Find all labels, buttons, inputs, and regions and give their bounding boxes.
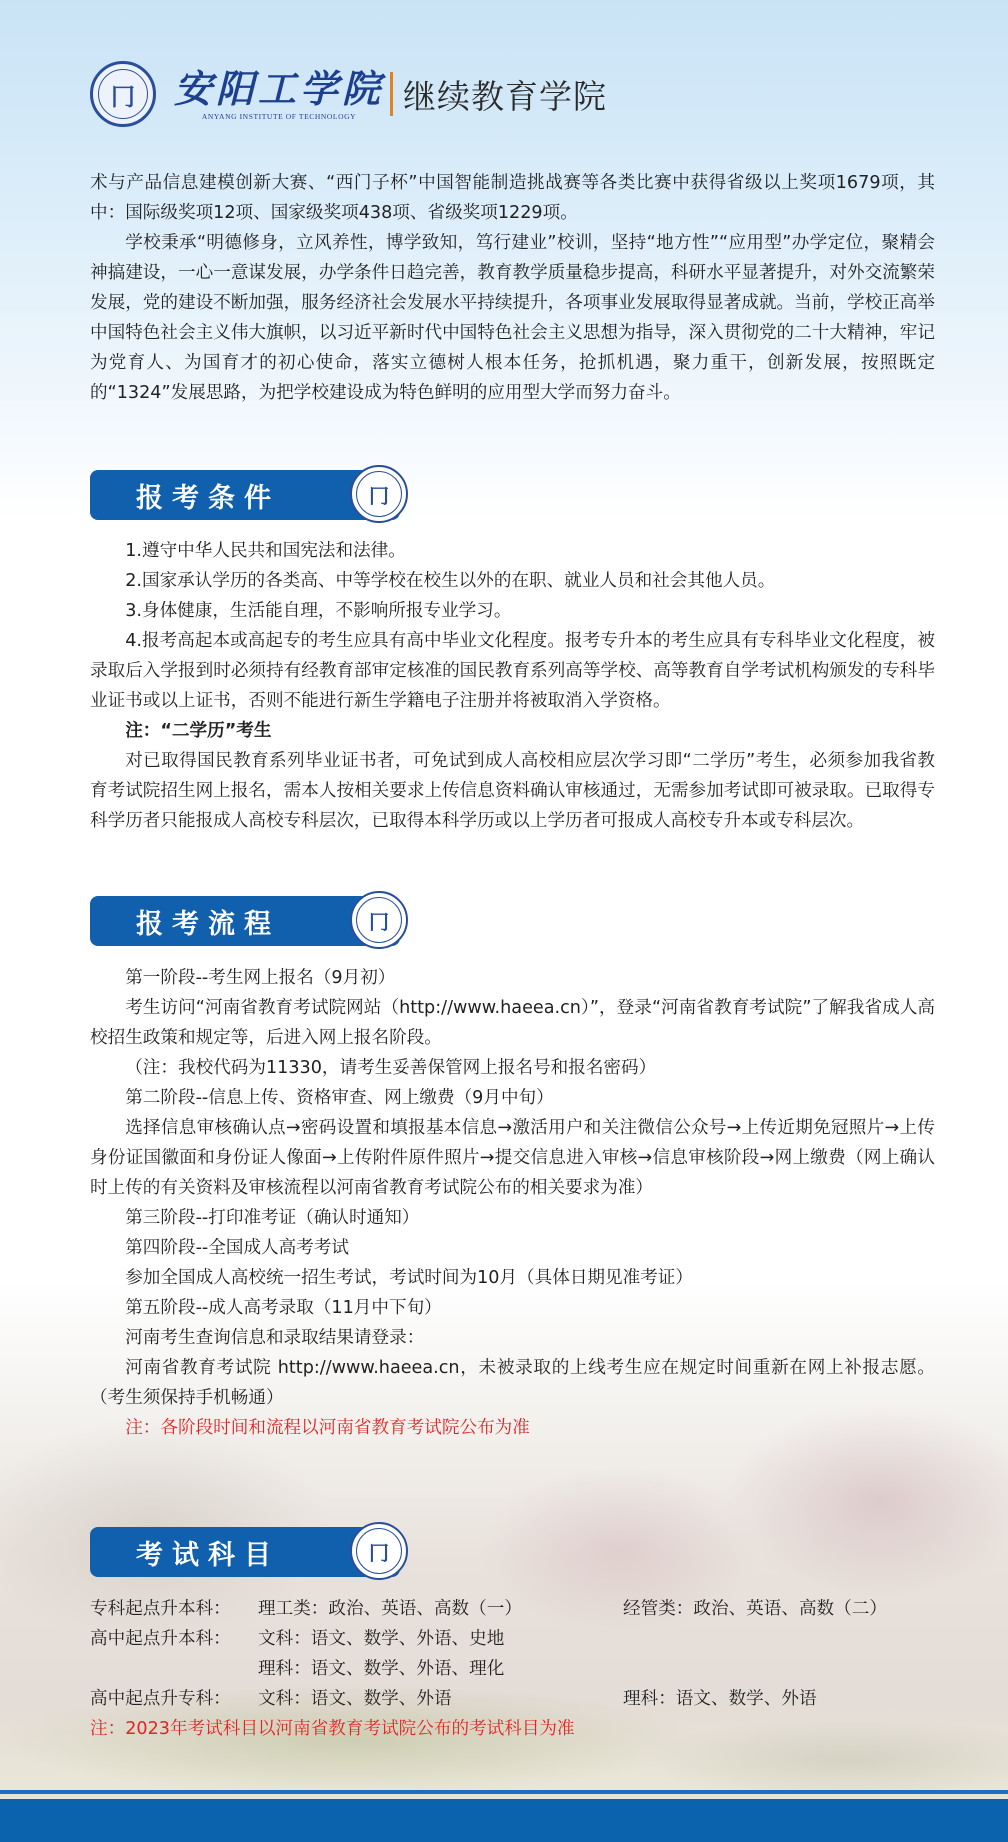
second-degree-note-title: 注：“二学历”考生: [90, 716, 935, 746]
process-line: 河南考生查询信息和录取结果请登录：: [90, 1323, 935, 1353]
college-name: 继续教育学院: [403, 71, 607, 118]
subject-row: 高中起点升专科： 文科：语文、数学、外语 理科：语文、数学、外语: [90, 1684, 950, 1714]
subjects-note: 注：2023年考试科目以河南省教育考试院公布的考试科目为准: [90, 1714, 950, 1744]
section-title: 报考流程: [136, 902, 280, 941]
school-seal-icon: 冂: [350, 1522, 408, 1580]
footer-bar: [0, 1799, 1008, 1842]
subject-group-b: 理科：语文、数学、外语: [623, 1684, 817, 1714]
process-note: 注：各阶段时间和流程以河南省教育考试院公布为准: [90, 1413, 935, 1443]
subject-group-a: 文科：语文、数学、外语: [258, 1684, 623, 1714]
section-banner-conditions: 报考条件 冂: [90, 470, 400, 520]
school-seal-icon: 冂: [350, 465, 408, 523]
section-banner-subjects: 考试科目 冂: [90, 1527, 400, 1577]
subject-group-b: 经管类：政治、英语、高数（二）: [623, 1594, 887, 1624]
school-name-en: ANYANG INSTITUTE OF TECHNOLOGY: [202, 112, 356, 121]
subject-row: 高中起点升本科： 文科：语文、数学、外语、史地: [90, 1624, 950, 1654]
process-line: 第二阶段--信息上传、资格审查、网上缴费（9月中旬）: [90, 1083, 935, 1113]
process-line: 第四阶段--全国成人高考考试: [90, 1233, 935, 1263]
brand-divider: [390, 72, 393, 116]
condition-item: 1.遵守中华人民共和国宪法和法律。: [90, 536, 935, 566]
section-banner-process: 报考流程 冂: [90, 896, 400, 946]
school-seal-icon: 冂: [350, 891, 408, 949]
process-line: 考生访问“河南省教育考试院网站（http://www.haeea.cn）”，登录…: [90, 993, 935, 1053]
section-title: 报考条件: [136, 476, 280, 515]
subject-level: [90, 1654, 258, 1684]
process-line: 选择信息审核确认点→密码设置和填报基本信息→激活用户和关注微信公众号→上传近期免…: [90, 1113, 935, 1203]
condition-item: 3.身体健康，生活能自理，不影响所报专业学习。: [90, 596, 935, 626]
section-title: 考试科目: [136, 1533, 280, 1572]
condition-item: 2.国家承认学历的各类高、中等学校在校生以外的在职、就业人员和社会其他人员。: [90, 566, 935, 596]
intro-paragraph: 学校秉承“明德修身，立风养性，博学致知，笃行建业”校训，坚持“地方性”“应用型”…: [90, 228, 935, 408]
subject-row: 理科：语文、数学、外语、理化: [90, 1654, 950, 1684]
process-line: 第一阶段--考生网上报名（9月初）: [90, 963, 935, 993]
school-brand: 安阳工学院 ANYANG INSTITUTE OF TECHNOLOGY: [174, 67, 384, 121]
subject-row: 专科起点升本科： 理工类：政治、英语、高数（一） 经管类：政治、英语、高数（二）: [90, 1594, 950, 1624]
school-name-cn: 安阳工学院: [174, 67, 384, 111]
process-line: 第三阶段--打印准考证（确认时通知）: [90, 1203, 935, 1233]
subject-group-a: 理科：语文、数学、外语、理化: [258, 1654, 623, 1684]
conditions-text: 1.遵守中华人民共和国宪法和法律。 2.国家承认学历的各类高、中等学校在校生以外…: [90, 536, 935, 836]
process-line: （注：我校代码为11330，请考生妥善保管网上报名号和报名密码）: [90, 1053, 935, 1083]
process-line: 参加全国成人高校统一招生考试，考试时间为10月（具体日期见准考证）: [90, 1263, 935, 1293]
subject-level: 高中起点升本科：: [90, 1624, 258, 1654]
intro-paragraph: 术与产品信息建模创新大赛、“西门子杯”中国智能制造挑战赛等各类比赛中获得省级以上…: [90, 168, 935, 228]
school-seal-icon: 冂: [90, 61, 156, 127]
subjects-table: 专科起点升本科： 理工类：政治、英语、高数（一） 经管类：政治、英语、高数（二）…: [90, 1594, 950, 1744]
condition-item: 4.报考高起本或高起专的考生应具有高中毕业文化程度。报考专升本的考生应具有专科毕…: [90, 626, 935, 716]
subject-group-a: 理工类：政治、英语、高数（一）: [258, 1594, 623, 1624]
subject-level: 高中起点升专科：: [90, 1684, 258, 1714]
process-line: 河南省教育考试院 http://www.haeea.cn，未被录取的上线考生应在…: [90, 1353, 935, 1413]
process-text: 第一阶段--考生网上报名（9月初） 考生访问“河南省教育考试院网站（http:/…: [90, 963, 935, 1443]
subject-level: 专科起点升本科：: [90, 1594, 258, 1624]
process-line: 第五阶段--成人高考录取（11月中下旬）: [90, 1293, 935, 1323]
intro-text: 术与产品信息建模创新大赛、“西门子杯”中国智能制造挑战赛等各类比赛中获得省级以上…: [90, 168, 935, 408]
subject-group-a: 文科：语文、数学、外语、史地: [258, 1624, 623, 1654]
header: 冂 安阳工学院 ANYANG INSTITUTE OF TECHNOLOGY 继…: [90, 58, 607, 130]
second-degree-note-body: 对已取得国民教育系列毕业证书者，可免试到成人高校相应层次学习即“二学历”考生，必…: [90, 746, 935, 836]
